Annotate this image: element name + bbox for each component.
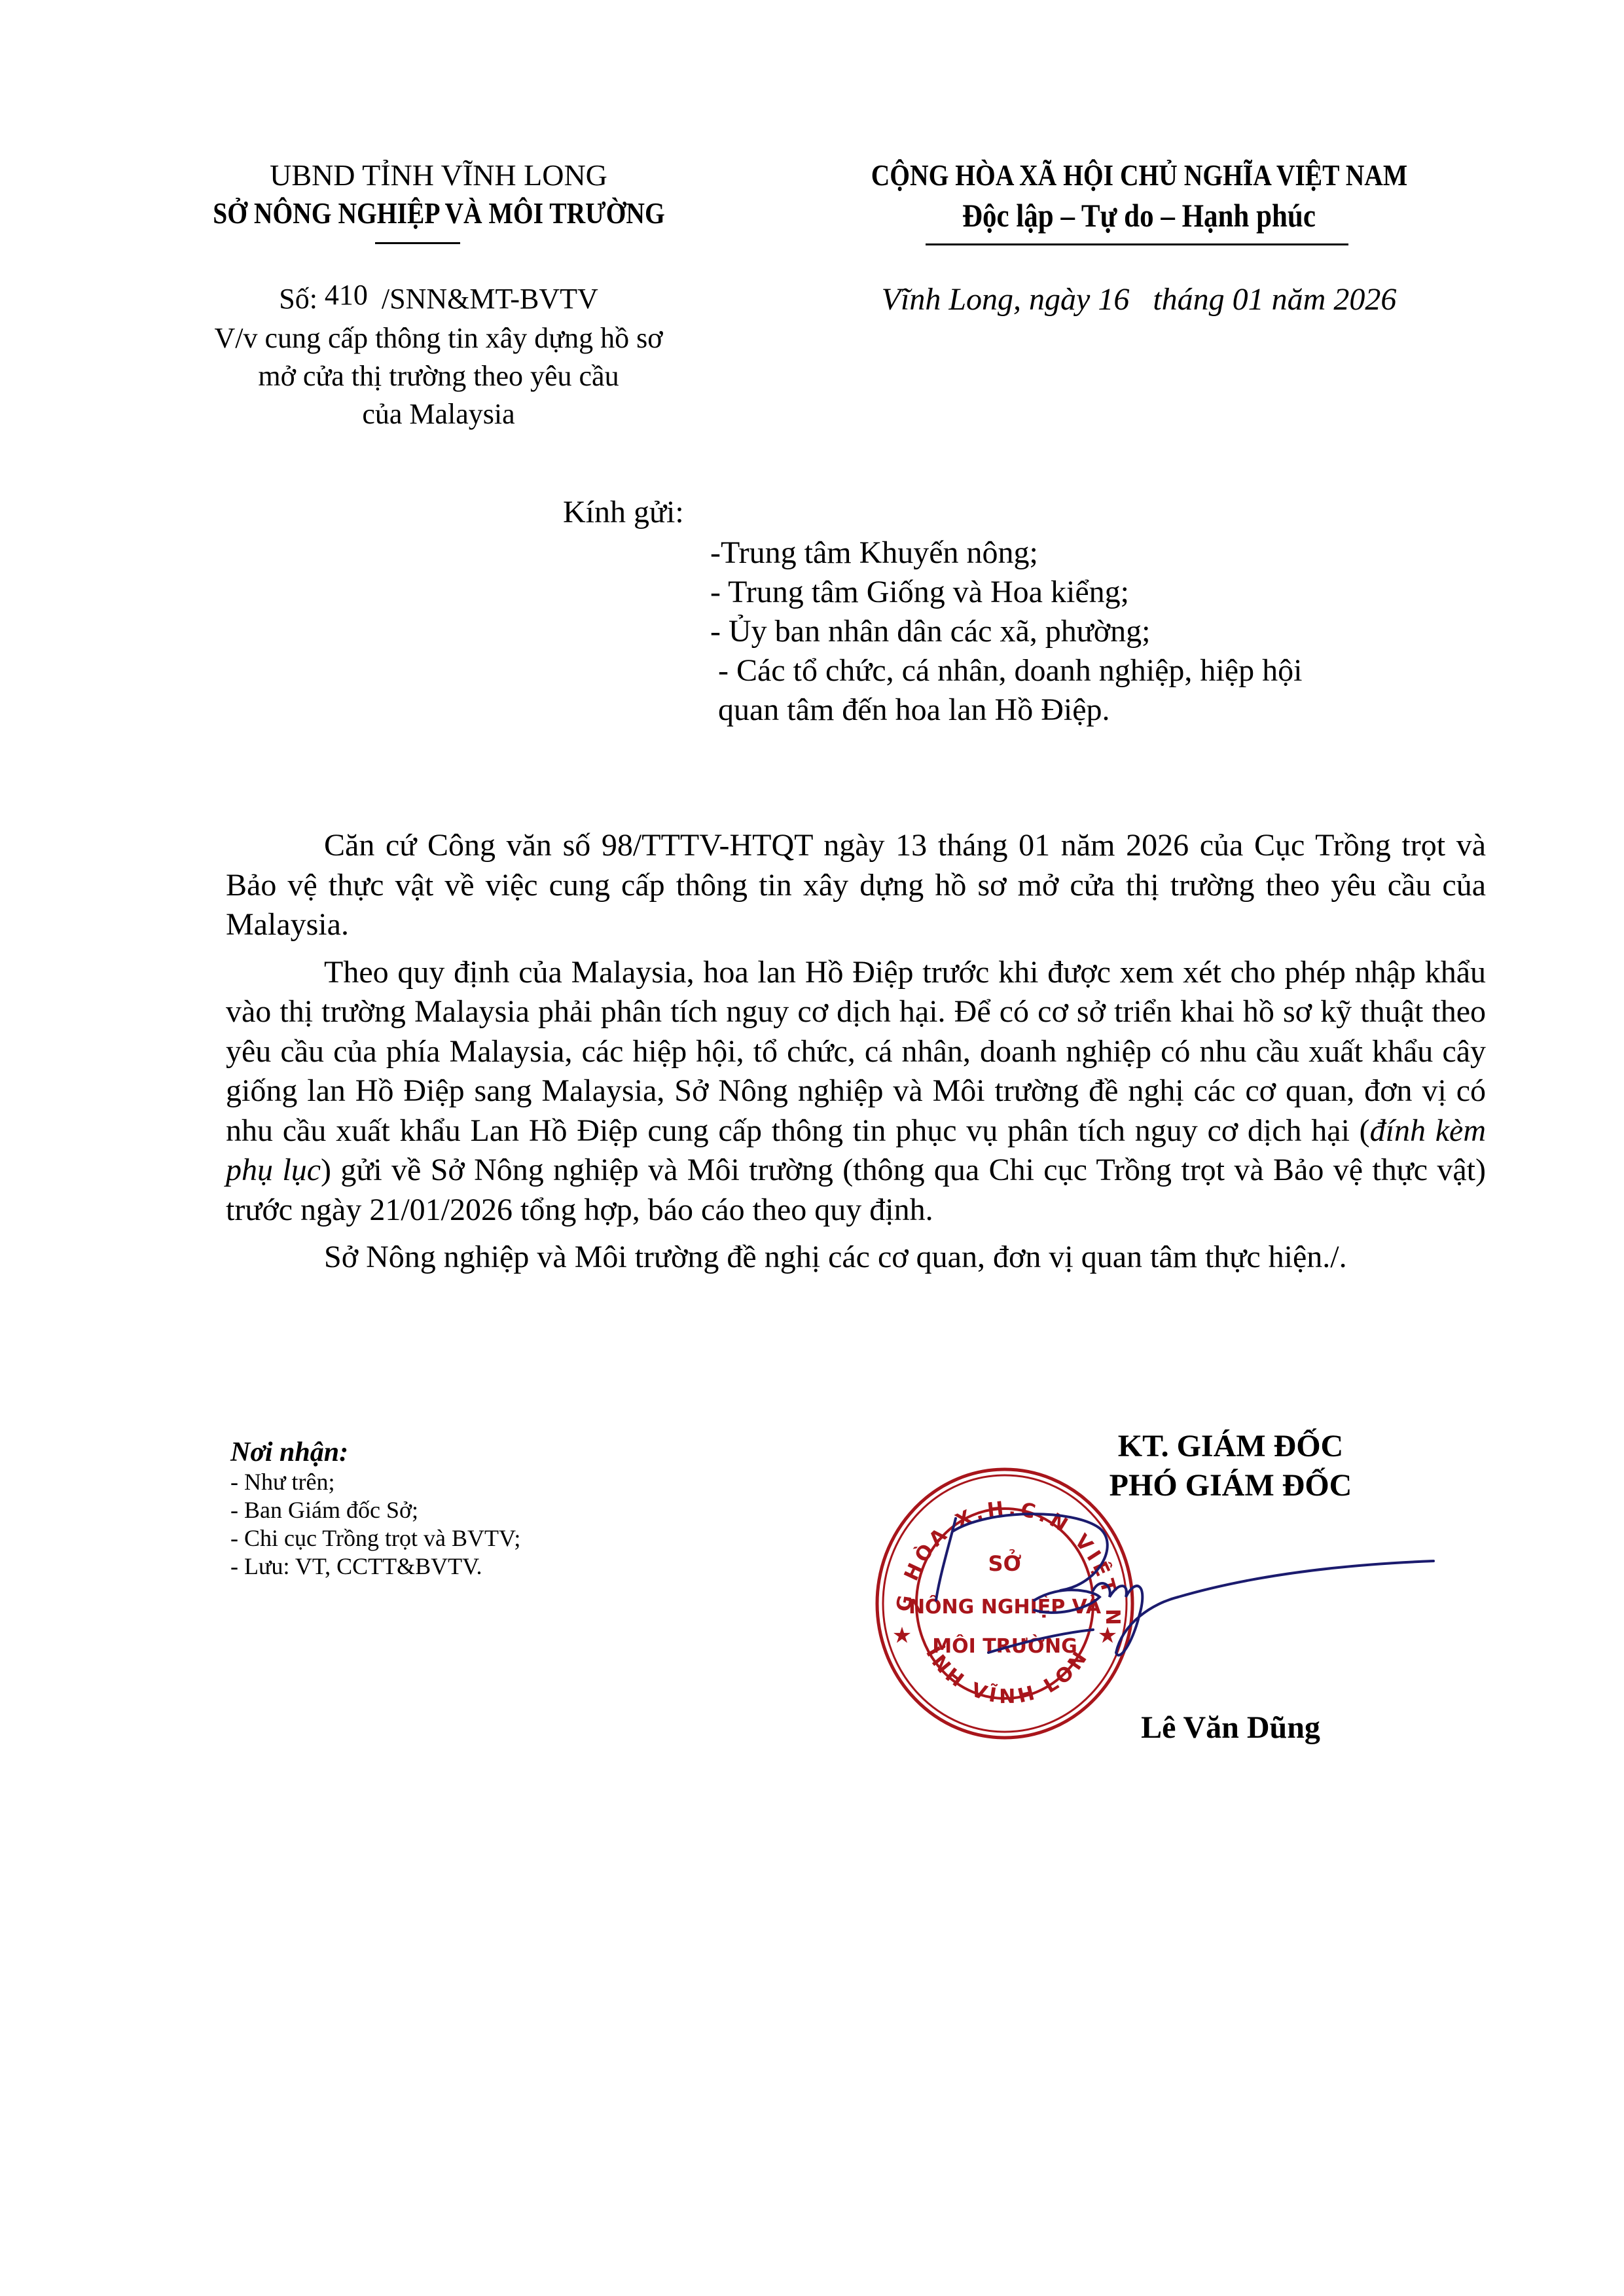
addressee-label: Kính gửi: (563, 494, 684, 530)
issuing-department: SỞ NÔNG NGHIỆP VÀ MÔI TRƯỜNG (151, 194, 727, 233)
national-title: CỘNG HÒA XÃ HỘI CHỦ NGHĨA VIỆT NAM (772, 156, 1506, 195)
issuing-authority: UBND TỈNH VĨNH LONG (151, 156, 727, 195)
addressee-item: - Trung tâm Giống và Hoa kiểng; (710, 573, 1129, 612)
recipient-item: - Như trên; (230, 1468, 520, 1496)
recipient-item: - Lưu: VT, CCTT&BVTV. (230, 1552, 520, 1581)
addressee-item: -Trung tâm Khuyến nông; (710, 533, 1038, 573)
subject-line-3: của Malaysia (151, 395, 727, 433)
signer-name: Lê Văn Dũng (1021, 1710, 1440, 1746)
recipients-title: Nơi nhận: (230, 1437, 520, 1468)
body-paragraph-closing: Sở Nông nghiệp và Môi trường đề nghị các… (226, 1238, 1486, 1278)
addressee-item: quan tâm đến hoa lan Hồ Điệp. (710, 691, 1110, 730)
national-motto: Độc lập – Tự do – Hạnh phúc (772, 195, 1506, 236)
right-header-underline (926, 243, 1348, 245)
body-paragraph-request: Theo quy định của Malaysia, hoa lan Hồ Đ… (226, 953, 1486, 1230)
authority-name: UBND TỈNH VĨNH LONG (270, 158, 607, 192)
doc-code: /SNN&MT-BVTV (382, 283, 598, 315)
doc-number-label: Số: (279, 283, 317, 315)
body-paragraph-legal-basis: Căn cứ Công văn số 98/TTTV-HTQT ngày 13 … (226, 826, 1486, 945)
motto-text: Độc lập – Tự do – Hạnh phúc (962, 195, 1316, 236)
recipient-item: - Ban Giám đốc Sở; (230, 1496, 520, 1524)
addressee-item: - Các tổ chức, cá nhân, doanh nghiệp, hi… (710, 651, 1302, 691)
document-body: Căn cứ Công văn số 98/TTTV-HTQT ngày 13 … (226, 826, 1486, 1285)
doc-number-value: 410 (325, 279, 368, 311)
handwritten-signature-icon (903, 1512, 1440, 1669)
place-and-date: Vĩnh Long, ngày 16 tháng 01 năm 2026 (772, 280, 1506, 319)
department-name: SỞ NÔNG NGHIỆP VÀ MÔI TRƯỜNG (213, 194, 665, 233)
subject-line-2: mở cửa thị trường theo yêu cầu (151, 357, 727, 395)
left-header-underline (375, 242, 460, 244)
nation-name: CỘNG HÒA XÃ HỘI CHỦ NGHĨA VIỆT NAM (871, 156, 1407, 195)
recipients-list: Nơi nhận: - Như trên; - Ban Giám đốc Sở;… (230, 1437, 520, 1581)
request-text-continued: ) gửi về Sở Nông nghiệp và Môi trường (t… (226, 1153, 1486, 1227)
addressee-item: - Ủy ban nhân dân các xã, phường; (710, 612, 1151, 651)
request-text: Theo quy định của Malaysia, hoa lan Hồ Đ… (226, 955, 1486, 1148)
subject-line-1: V/v cung cấp thông tin xây dựng hồ sơ (151, 319, 727, 357)
recipient-item: - Chi cục Trồng trọt và BVTV; (230, 1524, 520, 1552)
document-number: Số: 410 /SNN&MT-BVTV (151, 280, 727, 318)
